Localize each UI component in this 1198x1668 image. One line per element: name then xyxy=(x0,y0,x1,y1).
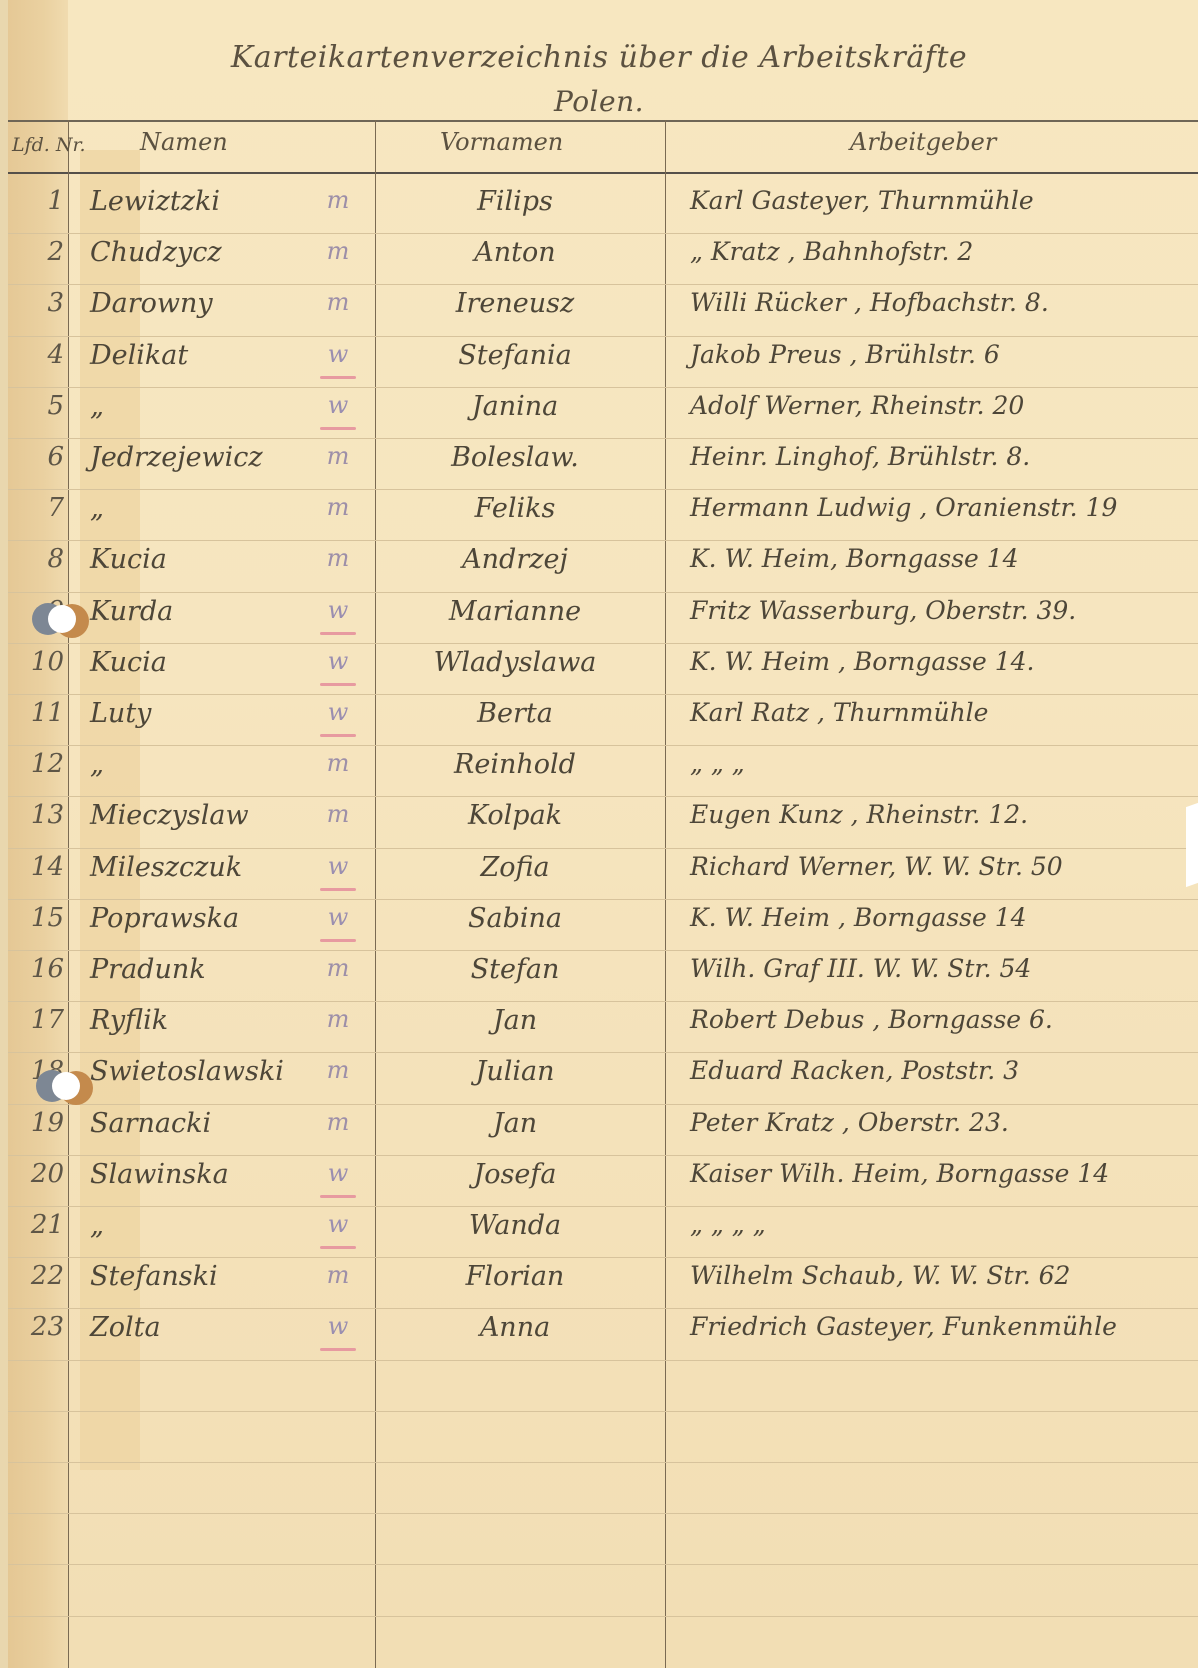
employer: Karl Ratz , Thurnmühle xyxy=(690,698,1190,727)
surname: „ xyxy=(90,1210,104,1241)
punch-hole xyxy=(48,605,76,633)
table-row: 15PoprawskawSabinaK. W. Heim , Borngasse… xyxy=(0,899,1198,949)
surname: Delikat xyxy=(90,340,188,371)
row-number: 14 xyxy=(20,852,64,882)
employer: Robert Debus , Borngasse 6. xyxy=(690,1005,1190,1034)
row-number: 6 xyxy=(20,442,64,472)
sex-marker: m xyxy=(318,186,358,214)
ruled-line xyxy=(8,1462,1198,1463)
employer: „ „ „ „ xyxy=(690,1210,1190,1239)
surname: Lewiztzki xyxy=(90,186,220,217)
table-row: 9KurdawMarianneFritz Wasserburg, Oberstr… xyxy=(0,592,1198,642)
row-number: 13 xyxy=(20,800,64,830)
table-row: 23ZoltawAnnaFriedrich Gasteyer, Funkenmü… xyxy=(0,1308,1198,1358)
surname: Ryflik xyxy=(90,1005,168,1036)
sex-marker: w xyxy=(318,852,358,880)
employer: Hermann Ludwig , Oranienstr. 19 xyxy=(690,493,1190,522)
first-name: Sabina xyxy=(405,903,625,934)
sex-marker: w xyxy=(318,1210,358,1238)
table-row: 6JedrzejewiczmBoleslaw.Heinr. Linghof, B… xyxy=(0,438,1198,488)
row-number: 21 xyxy=(20,1210,64,1240)
row-number: 2 xyxy=(20,237,64,267)
document-title: Karteikartenverzeichnis über die Arbeits… xyxy=(0,40,1198,75)
first-name: Jan xyxy=(405,1108,625,1139)
column-header-name: Namen xyxy=(140,128,228,156)
table-row: 2ChudzyczmAnton„ Kratz , Bahnhofstr. 2 xyxy=(0,233,1198,283)
first-name: Julian xyxy=(405,1056,625,1087)
table-row: 11LutywBertaKarl Ratz , Thurnmühle xyxy=(0,694,1198,744)
first-name: Josefa xyxy=(405,1159,625,1190)
table-row: 10KuciawWladyslawaK. W. Heim , Borngasse… xyxy=(0,643,1198,693)
surname: „ xyxy=(90,391,104,422)
table-row: 14MileszczukwZofiaRichard Werner, W. W. … xyxy=(0,848,1198,898)
first-name: Marianne xyxy=(405,596,625,627)
surname: Chudzycz xyxy=(90,237,222,268)
row-number: 3 xyxy=(20,288,64,318)
surname: Kucia xyxy=(90,647,167,678)
table-row: 12„mReinhold„ „ „ xyxy=(0,745,1198,795)
ruled-line xyxy=(8,1513,1198,1514)
surname: Pradunk xyxy=(90,954,206,985)
row-number: 7 xyxy=(20,493,64,523)
sex-marker: m xyxy=(318,288,358,316)
row-number: 12 xyxy=(20,749,64,779)
first-name: Anton xyxy=(405,237,625,268)
sex-marker: m xyxy=(318,544,358,572)
table-row: 5„wJaninaAdolf Werner, Rheinstr. 20 xyxy=(0,387,1198,437)
table-row: 1LewiztzkimFilipsKarl Gasteyer, Thurnmüh… xyxy=(0,182,1198,232)
sex-marker: w xyxy=(318,698,358,726)
employer: Willi Rücker , Hofbachstr. 8. xyxy=(690,288,1190,317)
sex-marker: w xyxy=(318,903,358,931)
sex-marker: w xyxy=(318,647,358,675)
employer: K. W. Heim , Borngasse 14. xyxy=(690,647,1190,676)
table-row: 16PradunkmStefanWilh. Graf III. W. W. St… xyxy=(0,950,1198,1000)
employer: Peter Kratz , Oberstr. 23. xyxy=(690,1108,1190,1137)
first-name: Wladyslawa xyxy=(405,647,625,678)
surname: „ xyxy=(90,749,104,780)
employer: K. W. Heim, Borngasse 14 xyxy=(690,544,1190,573)
first-name: Ireneusz xyxy=(405,288,625,319)
surname: Kurda xyxy=(90,596,173,627)
row-number: 23 xyxy=(20,1312,64,1342)
first-name: Kolpak xyxy=(405,800,625,831)
row-number: 16 xyxy=(20,954,64,984)
employer: Heinr. Linghof, Brühlstr. 8. xyxy=(690,442,1190,471)
surname: Stefanski xyxy=(90,1261,218,1292)
table-row: 7„mFeliksHermann Ludwig , Oranienstr. 19 xyxy=(0,489,1198,539)
row-number: 22 xyxy=(20,1261,64,1291)
employer: Wilh. Graf III. W. W. Str. 54 xyxy=(690,954,1190,983)
ruled-line xyxy=(8,1411,1198,1412)
sex-marker: w xyxy=(318,391,358,419)
sex-marker: w xyxy=(318,1159,358,1187)
surname: Darowny xyxy=(90,288,213,319)
first-name: Reinhold xyxy=(405,749,625,780)
sex-marker: m xyxy=(318,442,358,470)
sex-marker: m xyxy=(318,1056,358,1084)
surname: Mieczyslaw xyxy=(90,800,249,831)
first-name: Stefan xyxy=(405,954,625,985)
table-row: 22StefanskimFlorianWilhelm Schaub, W. W.… xyxy=(0,1257,1198,1307)
employer: „ Kratz , Bahnhofstr. 2 xyxy=(690,237,1190,266)
sex-marker: w xyxy=(318,340,358,368)
ruled-line xyxy=(8,1616,1198,1617)
employer: Eduard Racken, Poststr. 3 xyxy=(690,1056,1190,1085)
first-name: Wanda xyxy=(405,1210,625,1241)
surname: Zolta xyxy=(90,1312,161,1343)
row-number: 8 xyxy=(20,544,64,574)
sex-marker: w xyxy=(318,596,358,624)
first-name: Florian xyxy=(405,1261,625,1292)
table-row: 4DelikatwStefaniaJakob Preus , Brühlstr.… xyxy=(0,336,1198,386)
surname: Mileszczuk xyxy=(90,852,242,883)
surname: Slawinska xyxy=(90,1159,229,1190)
first-name: Berta xyxy=(405,698,625,729)
employer: Adolf Werner, Rheinstr. 20 xyxy=(690,391,1190,420)
row-number: 15 xyxy=(20,903,64,933)
sex-marker: m xyxy=(318,1108,358,1136)
employer: „ „ „ xyxy=(690,749,1190,778)
sex-marker: m xyxy=(318,237,358,265)
sex-marker: w xyxy=(318,1312,358,1340)
ruled-line xyxy=(8,1564,1198,1565)
employer: Kaiser Wilh. Heim, Borngasse 14 xyxy=(690,1159,1190,1188)
row-number: 17 xyxy=(20,1005,64,1035)
row-number: 11 xyxy=(20,698,64,728)
first-name: Feliks xyxy=(405,493,625,524)
sex-marker: m xyxy=(318,1005,358,1033)
first-name: Anna xyxy=(405,1312,625,1343)
table-row: 19SarnackimJanPeter Kratz , Oberstr. 23. xyxy=(0,1104,1198,1154)
first-name: Stefania xyxy=(405,340,625,371)
first-name: Janina xyxy=(405,391,625,422)
column-header-first-name: Vornamen xyxy=(440,128,563,156)
table-row: 17RyflikmJanRobert Debus , Borngasse 6. xyxy=(0,1001,1198,1051)
sex-marker: m xyxy=(318,493,358,521)
surname: Sarnacki xyxy=(90,1108,211,1139)
surname: Swietoslawski xyxy=(90,1056,284,1087)
employer: Eugen Kunz , Rheinstr. 12. xyxy=(690,800,1190,829)
document-subtitle: Polen. xyxy=(0,85,1198,118)
column-header-employer: Arbeitgeber xyxy=(850,128,996,156)
first-name: Jan xyxy=(405,1005,625,1036)
table-row: 13MieczyslawmKolpakEugen Kunz , Rheinstr… xyxy=(0,796,1198,846)
table-row: 21„wWanda„ „ „ „ xyxy=(0,1206,1198,1256)
first-name: Filips xyxy=(405,186,625,217)
employer: Jakob Preus , Brühlstr. 6 xyxy=(690,340,1190,369)
employer: Wilhelm Schaub, W. W. Str. 62 xyxy=(690,1261,1190,1290)
table-row: 3DarownymIreneuszWilli Rücker , Hofbachs… xyxy=(0,284,1198,334)
row-number: 20 xyxy=(20,1159,64,1189)
punch-hole xyxy=(52,1072,80,1100)
column-header-nr: Lfd. Nr. xyxy=(12,134,86,156)
sex-marker: m xyxy=(318,954,358,982)
row-number: 10 xyxy=(20,647,64,677)
surname: Kucia xyxy=(90,544,167,575)
surname: Luty xyxy=(90,698,151,729)
first-name: Zofia xyxy=(405,852,625,883)
paper-tear xyxy=(1186,803,1198,887)
sex-marker: m xyxy=(318,1261,358,1289)
surname: Jedrzejewicz xyxy=(90,442,263,473)
sex-marker: m xyxy=(318,800,358,828)
first-name: Andrzej xyxy=(405,544,625,575)
table-row: 18SwietoslawskimJulianEduard Racken, Pos… xyxy=(0,1052,1198,1102)
table-top-rule xyxy=(8,120,1198,122)
row-number: 1 xyxy=(20,186,64,216)
table-row: 20SlawinskawJosefaKaiser Wilh. Heim, Bor… xyxy=(0,1155,1198,1205)
sex-marker: m xyxy=(318,749,358,777)
row-number: 4 xyxy=(20,340,64,370)
surname: „ xyxy=(90,493,104,524)
table-header-rule xyxy=(8,172,1198,174)
table-row: 8KuciamAndrzejK. W. Heim, Borngasse 14 xyxy=(0,540,1198,590)
employer: K. W. Heim , Borngasse 14 xyxy=(690,903,1190,932)
row-number: 5 xyxy=(20,391,64,421)
employer: Karl Gasteyer, Thurnmühle xyxy=(690,186,1190,215)
employer: Friedrich Gasteyer, Funkenmühle xyxy=(690,1312,1190,1341)
employer: Fritz Wasserburg, Oberstr. 39. xyxy=(690,596,1190,625)
surname: Poprawska xyxy=(90,903,239,934)
ruled-line xyxy=(8,1360,1198,1361)
employer: Richard Werner, W. W. Str. 50 xyxy=(690,852,1190,881)
row-number: 19 xyxy=(20,1108,64,1138)
first-name: Boleslaw. xyxy=(405,442,625,473)
